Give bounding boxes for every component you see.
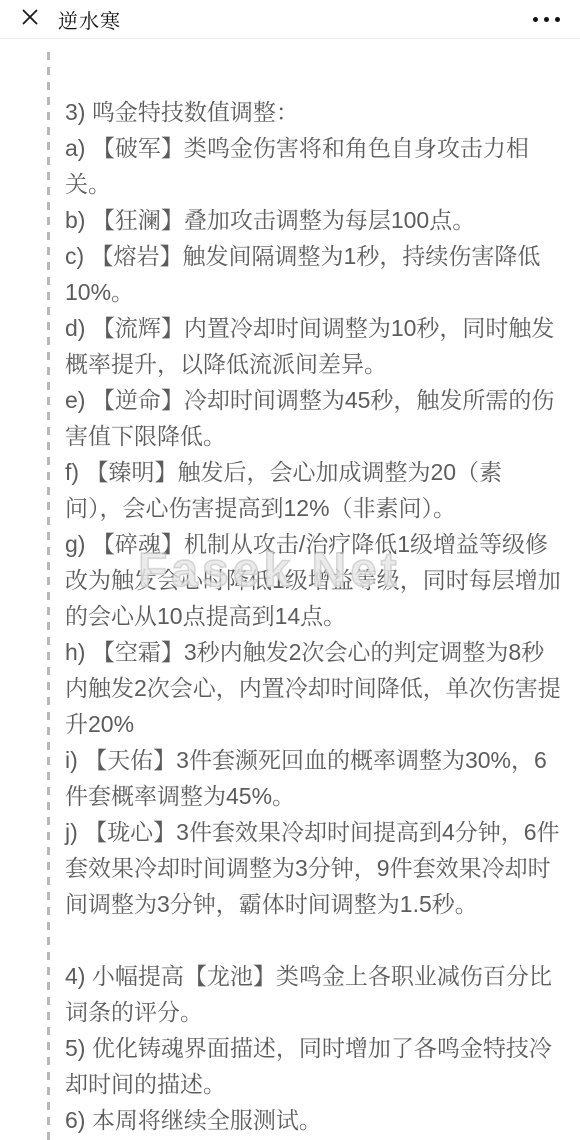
text-line: a) 【破军】类鸣金伤害将和角色自身攻击力相 bbox=[65, 130, 555, 166]
blank-line bbox=[65, 922, 555, 958]
text-line: 升20% bbox=[65, 706, 555, 742]
text-line: 害值下限降低。 bbox=[65, 418, 555, 454]
close-button[interactable] bbox=[18, 7, 42, 31]
text-line: 5) 优化铸魂界面描述，同时增加了各鸣金特技冷 bbox=[65, 1030, 555, 1066]
text-line: d) 【流辉】内置冷却时间调整为10秒，同时触发 bbox=[65, 310, 555, 346]
paragraph: c) 【熔岩】触发间隔调整为1秒，持续伤害降低 10%。 bbox=[65, 238, 555, 310]
text-line: 间调整为3分钟，霸体时间调整为1.5秒。 bbox=[65, 886, 555, 922]
page-title: 逆水寒 bbox=[58, 5, 121, 34]
text-line: 10%。 bbox=[65, 274, 555, 310]
paragraph: h) 【空霜】3秒内触发2次会心的判定调整为8秒 内触发2次会心，内置冷却时间降… bbox=[65, 634, 555, 742]
paragraph: j) 【珑心】3件套效果冷却时间提高到4分钟，6件 套效果冷却时间调整为3分钟，… bbox=[65, 814, 555, 922]
text-line: 6) 本周将继续全服测试。 bbox=[65, 1102, 555, 1138]
text-line: 内触发2次会心，内置冷却时间降低，单次伤害提 bbox=[65, 670, 555, 706]
paragraph: 3) 鸣金特技数值调整： bbox=[65, 94, 555, 130]
text-line: b) 【狂澜】叠加攻击调整为每层100点。 bbox=[65, 202, 555, 238]
text-line: i) 【天佑】3件套濒死回血的概率调整为30%，6 bbox=[65, 742, 555, 778]
text-line: 概率提升，以降低流派间差异。 bbox=[65, 346, 555, 382]
header-bar: 逆水寒 bbox=[0, 0, 580, 39]
paragraph: d) 【流辉】内置冷却时间调整为10秒，同时触发 概率提升，以降低流派间差异。 bbox=[65, 310, 555, 382]
ellipsis-icon bbox=[533, 17, 538, 22]
ellipsis-icon bbox=[555, 17, 560, 22]
paragraph: a) 【破军】类鸣金伤害将和角色自身攻击力相 关。 bbox=[65, 130, 555, 202]
text-line: f) 【臻明】触发后，会心加成调整为20（素 bbox=[65, 454, 555, 490]
text-line: 词条的评分。 bbox=[65, 994, 555, 1030]
text-line: 改为触发会心时降低1级增益等级，同时每层增加 bbox=[65, 562, 555, 598]
paragraph: g) 【碎魂】机制从攻击/治疗降低1级增益等级修 改为触发会心时降低1级增益等级… bbox=[65, 526, 555, 634]
paragraph-break bbox=[65, 922, 555, 958]
text-line: 关。 bbox=[65, 166, 555, 202]
text-line: j) 【珑心】3件套效果冷却时间提高到4分钟，6件 bbox=[65, 814, 555, 850]
paragraph: 5) 优化铸魂界面描述，同时增加了各鸣金特技冷 却时间的描述。 bbox=[65, 1030, 555, 1102]
blockquote-dashed-line bbox=[47, 52, 50, 1140]
text-line: g) 【碎魂】机制从攻击/治疗降低1级增益等级修 bbox=[65, 526, 555, 562]
text-line: 问），会心伤害提高到12%（非素问）。 bbox=[65, 490, 555, 526]
paragraph: f) 【臻明】触发后，会心加成调整为20（素 问），会心伤害提高到12%（非素问… bbox=[65, 454, 555, 526]
more-menu-button[interactable] bbox=[531, 11, 562, 28]
text-line: h) 【空霜】3秒内触发2次会心的判定调整为8秒 bbox=[65, 634, 555, 670]
paragraph: 6) 本周将继续全服测试。 bbox=[65, 1102, 555, 1138]
paragraph: 4) 小幅提高【龙池】类鸣金上各职业减伤百分比 词条的评分。 bbox=[65, 958, 555, 1030]
text-line: 套效果冷却时间调整为3分钟，9件套效果冷却时 bbox=[65, 850, 555, 886]
paragraph: b) 【狂澜】叠加攻击调整为每层100点。 bbox=[65, 202, 555, 238]
paragraph: i) 【天佑】3件套濒死回血的概率调整为30%，6 件套概率调整为45%。 bbox=[65, 742, 555, 814]
close-icon bbox=[21, 8, 39, 31]
text-line: e) 【逆命】冷却时间调整为45秒，触发所需的伤 bbox=[65, 382, 555, 418]
text-line: c) 【熔岩】触发间隔调整为1秒，持续伤害降低 bbox=[65, 238, 555, 274]
article-content: 3) 鸣金特技数值调整： a) 【破军】类鸣金伤害将和角色自身攻击力相 关。 b… bbox=[65, 94, 555, 1138]
text-line: 的会心从10点提高到14点。 bbox=[65, 598, 555, 634]
text-line: 3) 鸣金特技数值调整： bbox=[65, 94, 555, 130]
text-line: 4) 小幅提高【龙池】类鸣金上各职业减伤百分比 bbox=[65, 958, 555, 994]
paragraph: e) 【逆命】冷却时间调整为45秒，触发所需的伤 害值下限降低。 bbox=[65, 382, 555, 454]
text-line: 却时间的描述。 bbox=[65, 1066, 555, 1102]
text-line: 件套概率调整为45%。 bbox=[65, 778, 555, 814]
ellipsis-icon bbox=[544, 17, 549, 22]
